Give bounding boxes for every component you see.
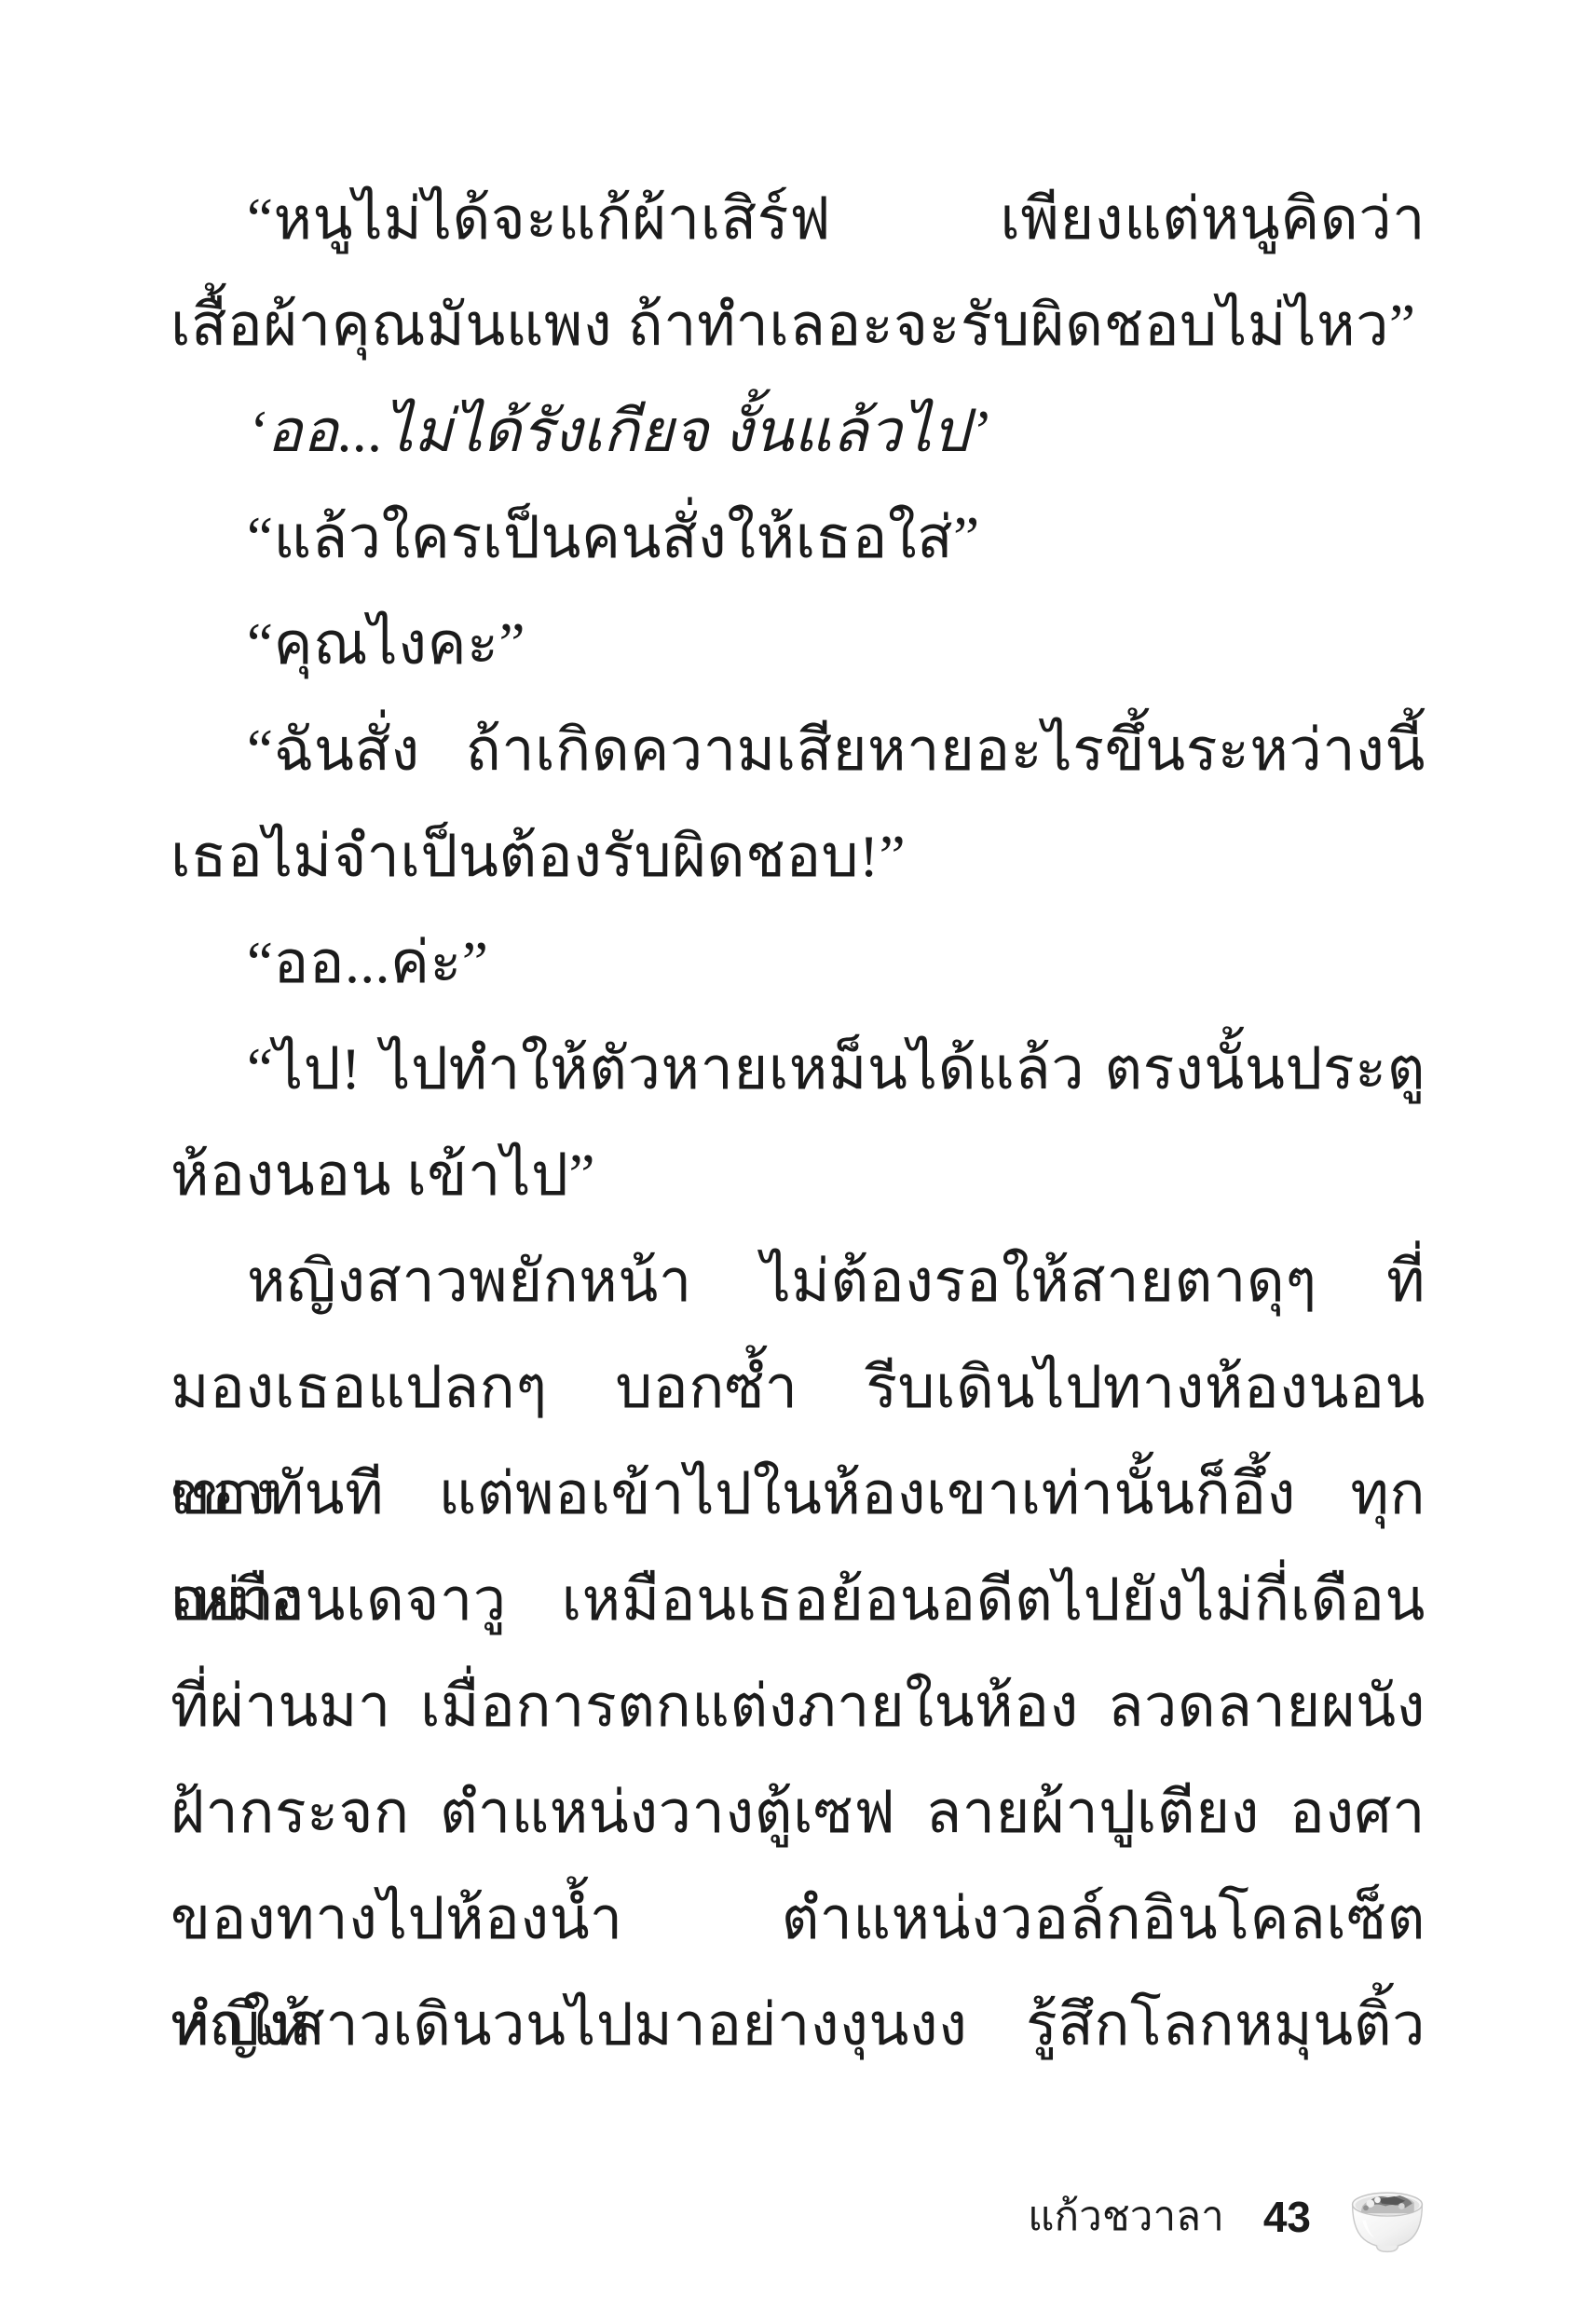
text-line: เหมือนเดจาวู เหมือนเธอย้อนอดีตไปยังไม่กี…: [171, 1547, 1425, 1653]
text-line: เสื้อผ้าคุณมันแพง ถ้าทำเลอะจะรับผิดชอบไม…: [171, 272, 1425, 378]
text-line: หญิงสาวพยักหน้า ไม่ต้องรอให้สายตาดุๆ ที่: [171, 1228, 1425, 1334]
body-text: “หนูไม่ได้จะแก้ผ้าเสิร์ฟ เพียงแต่หนูคิดว…: [171, 166, 1425, 2078]
text-line: “แล้วใครเป็นคนสั่งให้เธอใส่”: [171, 485, 1425, 591]
text-line: มองเธอแปลกๆ บอกซ้ำ รีบเดินไปทางห้องนอนขอ…: [171, 1334, 1425, 1441]
text-line: “ออ...ค่ะ”: [171, 909, 1425, 1016]
text-line: ที่ผ่านมา เมื่อการตกแต่งภายในห้อง ลวดลาย…: [171, 1653, 1425, 1759]
book-title: แก้วชวาลา: [1028, 2196, 1224, 2237]
text-line: “หนูไม่ได้จะแก้ผ้าเสิร์ฟ เพียงแต่หนูคิดว…: [171, 166, 1425, 272]
text-line: ของทางไปห้องน้ำ ตำแหน่งวอล์กอินโคลเซ็ต ท…: [171, 1866, 1425, 1972]
text-line: “ไป! ไปทำให้ตัวหายเหม็นได้แล้ว ตรงนั้นปร…: [171, 1016, 1425, 1122]
text-line: ฝ้ากระจก ตำแหน่งวางตู้เซฟ ลายผ้าปูเตียง …: [171, 1759, 1425, 1866]
text-line: “ฉันสั่ง ถ้าเกิดความเสียหายอะไรขึ้นระหว่…: [171, 697, 1425, 803]
text-line: เธอไม่จำเป็นต้องรับผิดชอบ!”: [171, 803, 1425, 909]
text-line: หญิงสาวเดินวนไปมาอย่างงุนงง รู้สึกโลกหมุ…: [171, 1972, 1425, 2078]
text-line: ‘ออ...ไม่ได้รังเกียจ งั้นแล้วไป’: [171, 378, 1425, 485]
rice-bowl-icon: [1343, 2174, 1432, 2260]
page-number: 43: [1263, 2195, 1311, 2238]
book-page: “หนูไม่ได้จะแก้ผ้าเสิร์ฟ เพียงแต่หนูคิดว…: [0, 0, 1596, 2311]
text-line: “คุณไงคะ”: [171, 591, 1425, 697]
text-line: เขาทันที แต่พอเข้าไปในห้องเขาเท่านั้นก็อ…: [171, 1441, 1425, 1547]
page-footer: แก้วชวาลา 43: [1028, 2174, 1432, 2260]
text-line: ห้องนอน เข้าไป”: [171, 1122, 1425, 1228]
